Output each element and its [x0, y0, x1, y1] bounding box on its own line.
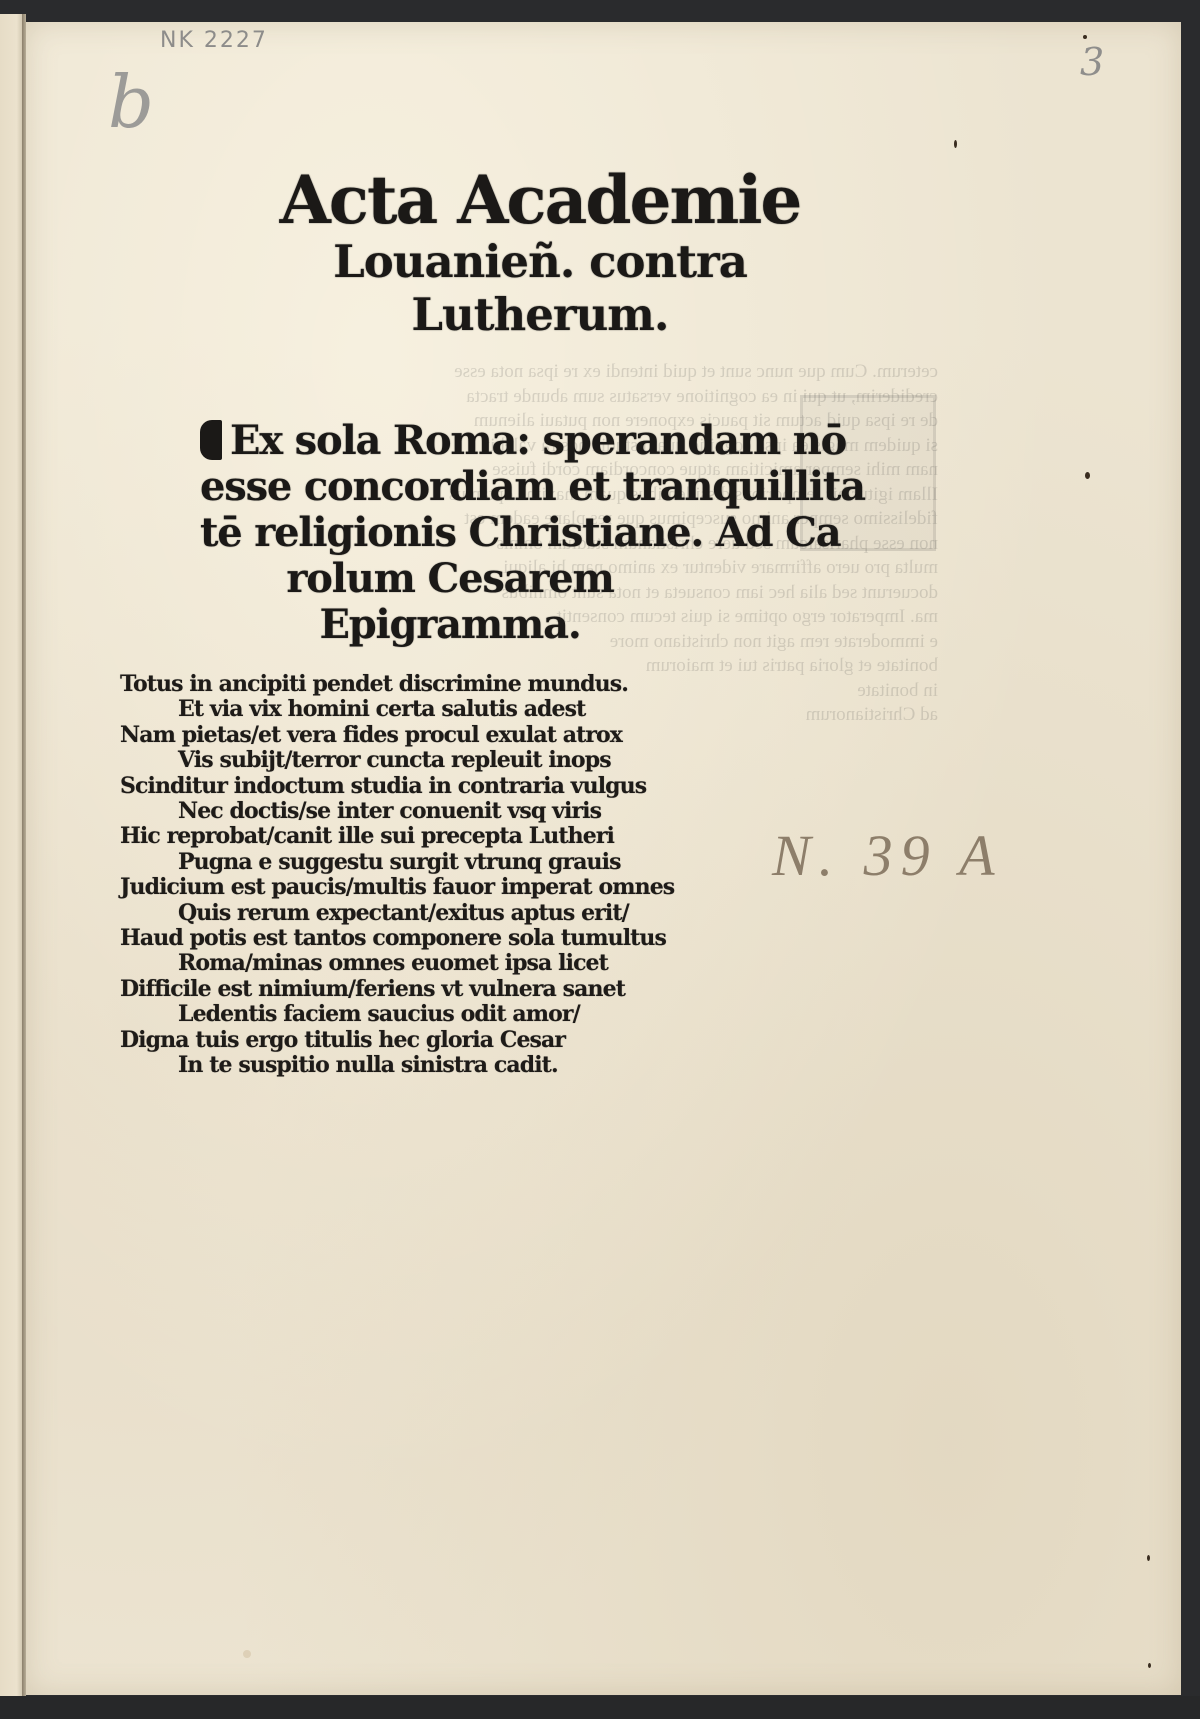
subtitle-paragraph: Ex sola Roma: sperandam nō esse concordi… [200, 418, 840, 648]
subtitle-line: Ex sola Roma: sperandam nō [200, 418, 840, 464]
title-line-1: Acta Academie [180, 162, 900, 238]
title-line-2: Louanieñ. contra [180, 236, 900, 288]
show-through-line: crediderim, ut qui in ea cognitione vers… [118, 385, 938, 410]
verse-line: Et via vix homini certa salutis adest [120, 697, 700, 722]
ink-collection-number: N. 39 A [772, 822, 1003, 889]
facing-page-edge [0, 14, 24, 1699]
subtitle-line: tē religionis Christiane. Ad Ca [200, 510, 840, 556]
subtitle-line-epigramma: Epigramma. [200, 602, 840, 648]
verse-line: Nam pietas/et vera fides procul exulat a… [120, 723, 700, 748]
paper-speck [1083, 35, 1087, 39]
paper-stain [243, 1650, 251, 1658]
verse-line: Pugna e suggestu surgit vtrunq grauis [120, 850, 700, 875]
scanner-frame-right [1181, 0, 1200, 1719]
pencil-letter-mark: b [108, 60, 154, 144]
verse-line: Scinditur indoctum studia in contraria v… [120, 774, 700, 799]
subtitle-line: rolum Cesarem [200, 556, 840, 602]
verse-line: In te suspitio nulla sinistra cadit. [120, 1053, 700, 1078]
verse-line: Hic reprobat/canit ille sui precepta Lut… [120, 824, 700, 849]
scanner-frame-top [0, 0, 1200, 22]
verse-line: Nec doctis/se inter conuenit vsq viris [120, 799, 700, 824]
title-line-3: Lutherum. [180, 288, 900, 342]
scanner-frame-bottom [0, 1696, 1200, 1719]
verse-line: Roma/minas omnes euomet ipsa licet [120, 951, 700, 976]
subtitle-line: esse concordiam et tranquillita [200, 464, 840, 510]
verse-line: Quis rerum expectant/exitus aptus erit/ [120, 901, 700, 926]
pencil-folio-number: 3 [1080, 40, 1104, 84]
verse-line: Ledentis faciem saucius odit amor/ [120, 1002, 700, 1027]
pilcrow-icon [200, 420, 222, 460]
show-through-line: ceterum. Cum que nunc sunt et quid inten… [118, 360, 938, 385]
verse-line: Digna tuis ergo titulis hec gloria Cesar [120, 1028, 700, 1053]
subtitle-line-text: Ex sola Roma: sperandam nō [230, 417, 846, 464]
epigram-verses: Totus in ancipiti pendet discrimine mund… [120, 672, 700, 1079]
verse-line: Judicium est paucis/multis fauor imperat… [120, 875, 700, 900]
verse-line: Vis subijt/terror cuncta repleuit inops [120, 748, 700, 773]
verse-line: Difficile est nimium/feriens vt vulnera … [120, 977, 700, 1002]
verse-line: Haud potis est tantos componere sola tum… [120, 926, 700, 951]
pencil-shelfmark: NK 2227 [160, 28, 268, 53]
title-block: Acta Academie Louanieñ. contra Lutherum. [180, 162, 900, 342]
paper-speck [1147, 1555, 1150, 1561]
paper-speck [1085, 472, 1090, 479]
paper-speck [1148, 1663, 1151, 1668]
paper-speck [954, 140, 957, 148]
verse-line: Totus in ancipiti pendet discrimine mund… [120, 672, 700, 697]
